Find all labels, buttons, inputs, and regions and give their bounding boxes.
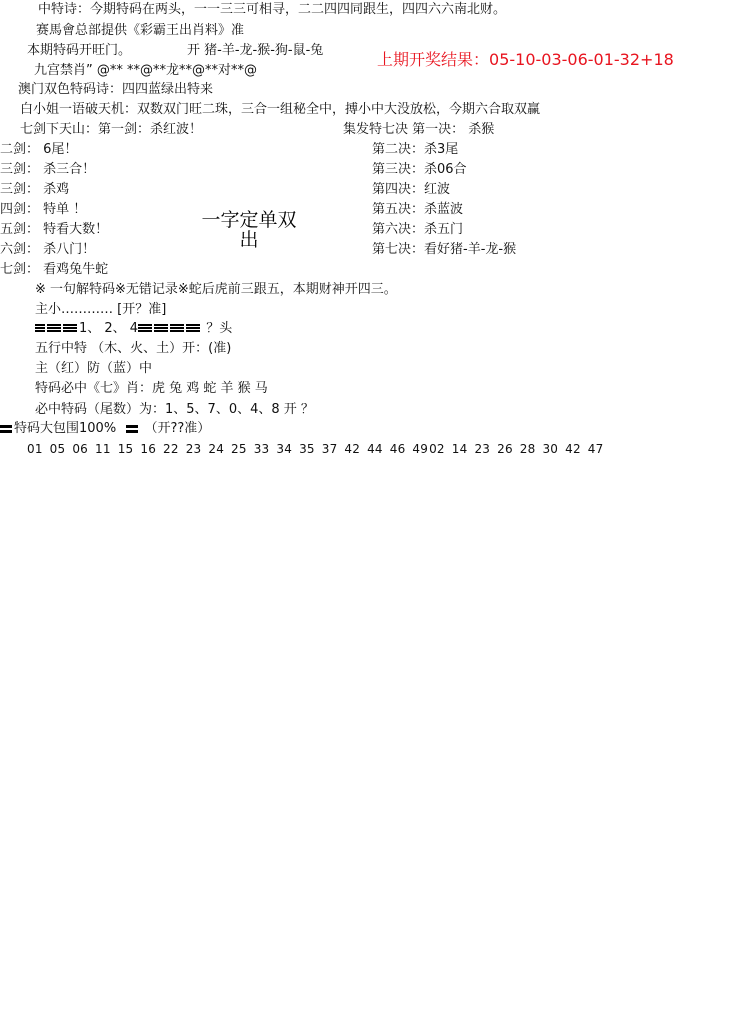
sword-item: 四剑： 特单 ！ (0, 201, 86, 219)
seven-swords-title: 七剑下天山：第一剑：杀红波！ (20, 121, 202, 139)
sword-item: 三剑： 杀三合！ (0, 161, 95, 179)
number: 02 (429, 442, 445, 456)
number: 34 (276, 442, 292, 456)
number: 15 (118, 442, 134, 456)
number: 47 (588, 442, 604, 456)
heads-line: 1、 2、 4 ？头 (35, 320, 232, 338)
trick-item: 第五决：杀蓝波 (372, 201, 463, 219)
block-symbol-icon (126, 425, 138, 433)
block-symbol-icon (154, 324, 168, 333)
number: 42 (565, 442, 581, 456)
seven-zodiac-line: 特码必中《七》肖：虎 兔 鸡 蛇 羊 猴 马 (35, 380, 268, 398)
number: 33 (254, 442, 270, 456)
number: 01 (27, 442, 43, 456)
number: 11 (95, 442, 111, 456)
trick-item: 第七决：看好猪-羊-龙-猴 (372, 241, 516, 259)
trick-item: 第四决：红波 (372, 181, 450, 199)
poem-line: 中特诗：今期特码在两头，一一三三可相寻，二二四四同跟生，四四六六南北财。 (38, 1, 506, 19)
heads-suffix: ？头 (202, 321, 232, 336)
sword-item: 七剑： 看鸡兔牛蛇 (0, 261, 108, 279)
main-small-line: 主小………… [开？准] (35, 301, 166, 319)
trick-item: 第三决：杀06合 (372, 161, 467, 179)
provider-line: 赛馬會总部提供《彩霸王出肖料》准 (36, 22, 244, 40)
wangmen-line: 本期特码开旺门。 (27, 42, 131, 60)
block-symbol-icon (138, 324, 152, 333)
number: 05 (50, 442, 66, 456)
number: 06 (72, 442, 88, 456)
number: 25 (231, 442, 247, 456)
numbers-list: 0105061115162223242533343537424446490214… (27, 440, 610, 458)
tail-numbers-line: 必中特码（尾数）为：1、5、7、0、4、8 开 ？ (35, 401, 314, 419)
seven-tricks-title: 集发特七决 第一决： 杀猴 (343, 121, 494, 139)
sword-item: 三剑： 杀鸡 (0, 181, 69, 199)
one-word-line1: 一字定单双 (185, 209, 313, 231)
last-result-value: 05-10-03-06-01-32+18 (489, 50, 674, 69)
number: 30 (542, 442, 558, 456)
big-range-text: 特码大包围100% (14, 421, 116, 436)
sword-item: 五剑： 特看大数！ (0, 221, 108, 239)
block-symbol-icon (170, 324, 184, 333)
big-range-suffix: （开??准） (140, 421, 210, 436)
number: 23 (474, 442, 490, 456)
macau-poem-line: 澳门双色特码诗：四四蓝绿出特来 (18, 81, 213, 99)
number: 22 (163, 442, 179, 456)
trick-item: 第二决：杀3尾 (372, 141, 458, 159)
sword-item: 二剑： 6尾！ (0, 141, 77, 159)
kai-zodiac-line: 开 猪-羊-龙-猴-狗-鼠-兔 (187, 42, 323, 60)
block-symbol-icon (63, 324, 77, 333)
number: 37 (322, 442, 338, 456)
wuxing-line: 五行中特 （木、火、土）开：(准) (35, 340, 231, 358)
block-symbol-icon (47, 324, 61, 333)
last-result-label: 上期开奖结果： (377, 50, 489, 69)
sword-item: 六剑： 杀八门！ (0, 241, 95, 259)
one-word-line2: 出 (185, 229, 313, 251)
heads-text: 1、 2、 4 (79, 321, 138, 336)
number: 26 (497, 442, 513, 456)
block-symbol-icon (0, 425, 12, 433)
miss-bai-line: 白小姐一语破天机：双数双门旺二珠，三合一组秘全中，搏小中大没放松，今期六合取双赢 (20, 101, 540, 119)
block-symbol-icon (186, 324, 200, 333)
jiugong-line: 九宫禁肖” @** **@**龙**@**对**@ (34, 62, 257, 80)
last-result: 上期开奖结果：05-10-03-06-01-32+18 (377, 50, 674, 70)
number: 28 (520, 442, 536, 456)
number: 46 (390, 442, 406, 456)
main-red-line: 主（红）防（蓝）中 (35, 360, 152, 378)
big-range-line: 特码大包围100% （开??准） (0, 420, 210, 438)
number: 16 (140, 442, 156, 456)
trick-item: 第六决：杀五门 (372, 221, 463, 239)
one-sentence-line: ※ 一句解特码※无错记录※蛇后虎前三跟五，本期财神开四三。 (35, 281, 397, 299)
block-symbol-icon (35, 324, 45, 333)
number: 35 (299, 442, 315, 456)
number: 49 (412, 442, 428, 456)
number: 14 (452, 442, 468, 456)
number: 42 (344, 442, 360, 456)
number: 24 (208, 442, 224, 456)
one-word-box: 一字定单双 出 (185, 209, 313, 251)
number: 23 (186, 442, 202, 456)
number: 44 (367, 442, 383, 456)
